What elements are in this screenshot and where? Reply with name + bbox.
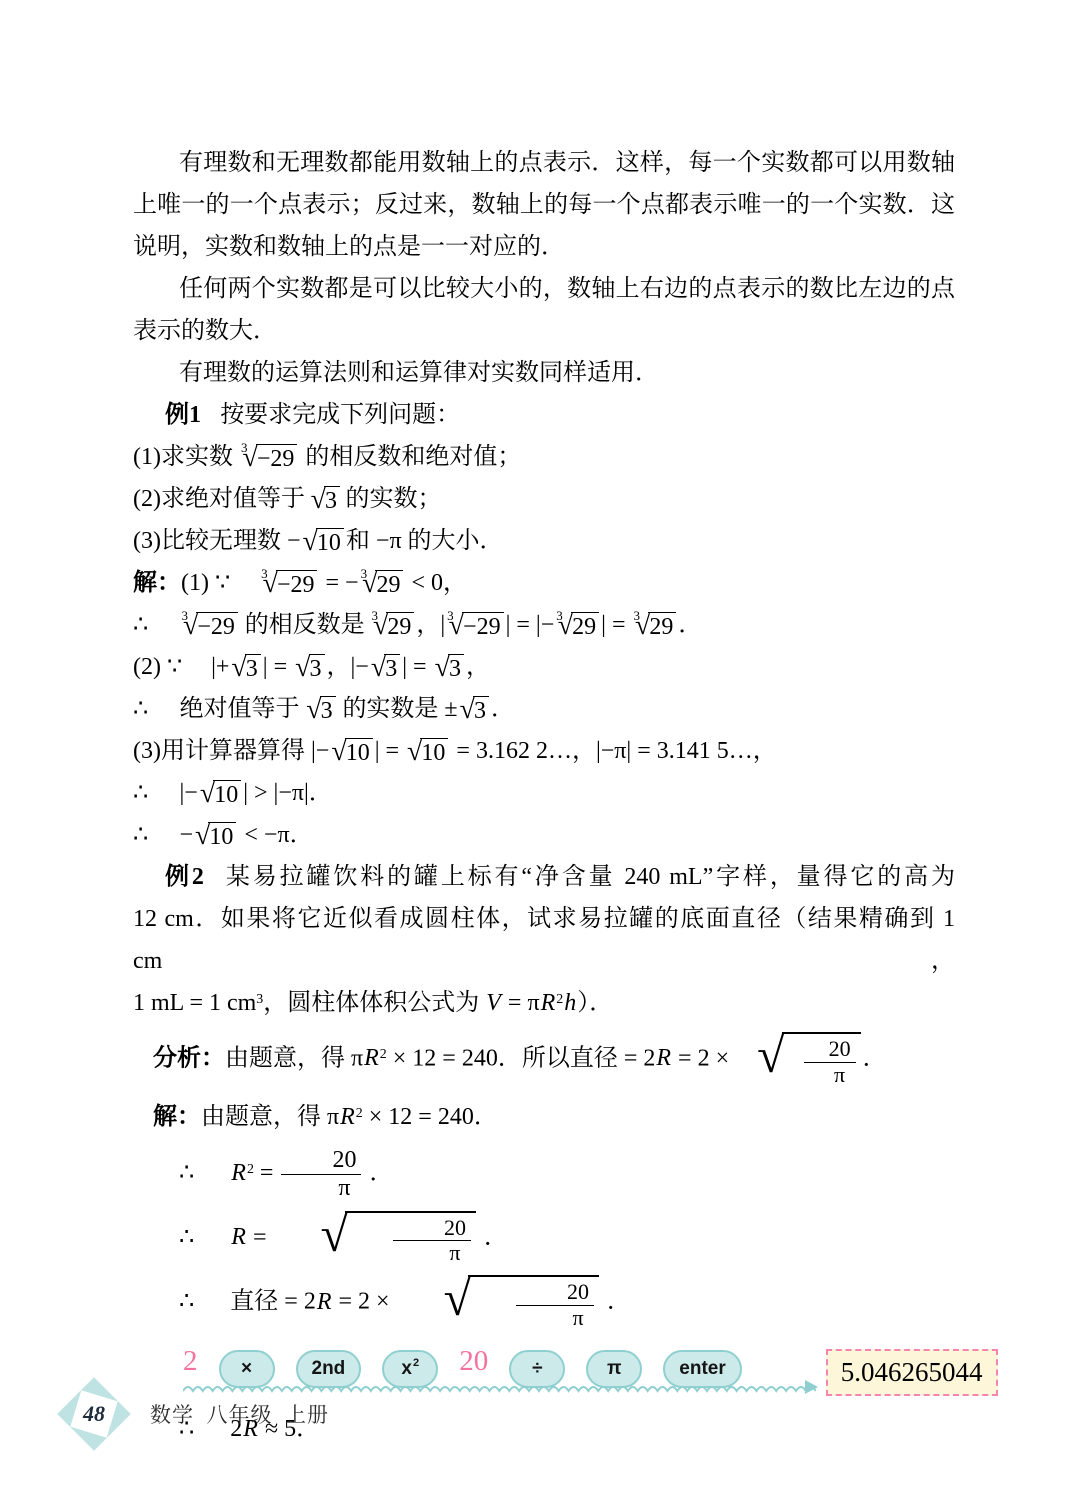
math-variable: V [485, 990, 502, 1016]
text-segment: 上唯一的一个点表示；反过来，数轴上的每一个点都表示唯一的一个实数．这 [133, 192, 955, 218]
text-segment: = 2 × [333, 1289, 396, 1315]
superscript: 2 [247, 1162, 254, 1177]
key-superscript: 2 [413, 1357, 419, 1369]
page-footer: 48 数学 八年级 上册 [68, 1388, 329, 1440]
text-line: ∴|−√10| > |−π|． [133, 772, 955, 814]
text-line: 上唯一的一个点表示；反过来，数轴上的每一个点都表示唯一的一个实数．这 [133, 184, 955, 226]
text-line: (3)比较无理数 −√10和 −π 的大小． [133, 520, 955, 562]
math-variable: R [230, 1224, 247, 1250]
text-segment: (3)用计算器算得 |− [133, 738, 329, 764]
text-line: ∴直径 = 2R = 2 × √20π ． [133, 1275, 955, 1331]
text-line: (1)求实数3√−29的相反数和绝对值； [133, 436, 955, 478]
superscript: 2 [556, 992, 563, 1007]
text-segment: = 3.162 2…，|−π| = 3.141 5…， [450, 738, 776, 764]
radicand: −29 [462, 612, 504, 640]
superscript: 3 [256, 992, 263, 1007]
text-line: 任何两个实数都是可以比较大小的，数轴上右边的点表示的数比左边的点 [133, 268, 955, 310]
root-index: 3 [634, 609, 641, 622]
text-segment: ）． [577, 990, 613, 1016]
text-line: 表示的数大． [133, 310, 955, 352]
arrow-icon [805, 1380, 818, 1394]
text-segment: 有理数和无理数都能用数轴上的点表示．这样，每一个实数都可以用数轴 [179, 150, 955, 176]
text-line: (2) ∵|+√3| = √3，|−√3| = √3， [133, 646, 955, 688]
root-index: 3 [181, 609, 188, 622]
fraction-numerator: 20 [516, 1280, 594, 1305]
text-line: 1 mL = 1 cm3，圆柱体体积公式为 V = πR2h）． [133, 982, 955, 1024]
text-segment: ∴ [179, 1160, 194, 1186]
radicand: 29 [648, 612, 676, 640]
calculator-key: π [586, 1350, 642, 1388]
text-segment: ． [491, 696, 515, 722]
radicand: 29 [571, 612, 599, 640]
text-segment: ，圆柱体体积公式为 [263, 990, 485, 1016]
radicand: −29 [276, 570, 318, 598]
text-segment: = 2 × [672, 1045, 735, 1071]
text-segment: (1) ∵ [181, 570, 230, 596]
textbook-page: 有理数和无理数都能用数轴上的点表示．这样，每一个实数都可以用数轴上唯一的一个点表… [0, 0, 1082, 1508]
text-segment: ∴ [179, 1289, 194, 1315]
text-segment: 绝对值等于 [179, 696, 299, 722]
square-root: √3 [306, 696, 335, 724]
text-segment: 的实数； [346, 486, 442, 512]
text-segment: = π [502, 990, 540, 1016]
text-segment: = − [319, 570, 358, 596]
square-root: √3 [460, 696, 489, 724]
text-line: ∴R2 = 20π ． [133, 1147, 955, 1202]
text-segment: ． [678, 612, 702, 638]
text-segment: 12 cm．如果将它近似看成圆柱体，试求易拉罐的底面直径（结果精确到 1 cm， [133, 906, 955, 974]
text-segment: = [254, 1160, 280, 1186]
radicand: 20π [345, 1211, 476, 1267]
text-line: 说明，实数和数轴上的点是一一对应的． [133, 226, 955, 268]
square-root: √10 [303, 528, 344, 556]
text-segment: 某易拉罐饮料的罐上标有“净含量 240 mL”字样，量得它的高为 [223, 864, 955, 890]
square-root: √10 [195, 822, 236, 850]
calculator-key: enter [663, 1350, 741, 1388]
bold-segment: 解： [133, 570, 181, 596]
radical-sign: √ [737, 1032, 784, 1078]
page-number-inner-square: 48 [70, 1390, 117, 1437]
page-number: 48 [83, 1401, 105, 1427]
text-line: 例2某易拉罐饮料的罐上标有“净含量 240 mL”字样，量得它的高为 [133, 856, 955, 898]
calculator-key: 2nd [296, 1350, 362, 1388]
text-segment: < 0， [405, 570, 467, 596]
text-line: 例1按要求完成下列问题： [133, 394, 955, 436]
fraction: 20π [516, 1280, 594, 1330]
text-segment: (2)求绝对值等于 [133, 486, 305, 512]
calculator-key: ÷ [509, 1350, 565, 1388]
text-segment: ． [601, 1289, 631, 1315]
fraction-denominator: π [393, 1240, 471, 1266]
radicand: 20π [468, 1275, 599, 1331]
square-root: √3 [231, 654, 260, 682]
text-segment: (3)比较无理数 − [133, 528, 301, 554]
text-segment: ∴ [179, 1224, 194, 1250]
fraction-numerator: 20 [281, 1147, 361, 1174]
root-index: 3 [241, 441, 248, 454]
text-segment: 直径 = 2 [230, 1289, 316, 1315]
book-title: 数学 八年级 上册 [150, 1399, 329, 1429]
radicand: 3 [245, 654, 261, 682]
text-segment: ． [478, 1224, 508, 1250]
text-line: 分析：由题意，得 πR2 × 12 = 240．所以直径 = 2R = 2 × … [133, 1024, 955, 1096]
cube-root: 3√−29 [181, 612, 237, 640]
text-segment: | = |− [506, 612, 555, 638]
radicand: 10 [316, 528, 344, 556]
text-segment: | = [402, 654, 432, 680]
square-root: √20π [398, 1275, 599, 1331]
root-index: 3 [556, 609, 563, 622]
fraction: 20π [804, 1037, 856, 1087]
cube-root: 3√−29 [447, 612, 503, 640]
math-variable: h [563, 990, 577, 1016]
text-segment: ． [863, 1045, 887, 1071]
radicand: 3 [309, 654, 325, 682]
square-root: √3 [435, 654, 464, 682]
root-index: 3 [361, 567, 368, 580]
text-segment: 由题意，得 π [225, 1045, 363, 1071]
cube-root: 3√−29 [261, 570, 317, 598]
fraction-denominator: π [804, 1062, 856, 1088]
text-segment: |− [179, 780, 197, 806]
fraction: 20π [393, 1216, 471, 1266]
radical-sign: √ [275, 1211, 348, 1257]
fraction: 20π [281, 1147, 361, 1202]
text-segment: (1)求实数 [133, 444, 233, 470]
text-segment: | > |−π|． [243, 780, 333, 806]
text-segment: = [247, 1224, 273, 1250]
input-number: 20 [459, 1347, 488, 1376]
text-line: 有理数和无理数都能用数轴上的点表示．这样，每一个实数都可以用数轴 [133, 142, 955, 184]
radical-sign: √ [398, 1275, 471, 1321]
cube-root: 3√−29 [241, 444, 297, 472]
root-index: 3 [371, 609, 378, 622]
bold-segment: 分析： [153, 1045, 225, 1071]
text-segment: (2) ∵ [133, 654, 182, 680]
square-root: √3 [311, 486, 340, 514]
radicand: 10 [208, 822, 236, 850]
radicand: 3 [448, 654, 464, 682]
text-segment: × 12 = 240． [363, 1104, 498, 1130]
fraction-numerator: 20 [804, 1037, 856, 1062]
text-segment: 和 −π 的大小． [346, 528, 504, 554]
bold-segment: 例1 [165, 402, 201, 428]
text-segment: 任何两个实数都是可以比较大小的，数轴上右边的点表示的数比左边的点 [179, 276, 955, 302]
text-segment: ． [363, 1160, 393, 1186]
text-segment: | = [263, 654, 293, 680]
square-root: √10 [407, 738, 448, 766]
radicand: −29 [196, 612, 238, 640]
superscript: 2 [380, 1047, 387, 1062]
text-segment: 的相反数是 [245, 612, 365, 638]
radicand: 10 [213, 780, 241, 808]
superscript: 2 [356, 1106, 363, 1121]
bold-segment: 解： [153, 1104, 201, 1130]
text-segment: ，| [416, 612, 445, 638]
fraction-numerator: 20 [393, 1216, 471, 1241]
text-line: ∴3√−29的相反数是3√29，|3√−29| = |−3√29| = 3√29… [133, 604, 955, 646]
bold-segment: 例2 [165, 864, 204, 890]
radicand: 10 [420, 738, 448, 766]
text-line: 12 cm．如果将它近似看成圆柱体，试求易拉罐的底面直径（结果精确到 1 cm， [133, 898, 955, 982]
text-segment: ∴ [133, 822, 148, 848]
cube-root: 3√29 [634, 612, 677, 640]
text-segment: 由题意，得 π [201, 1104, 339, 1130]
fraction-denominator: π [516, 1305, 594, 1331]
radicand: 29 [386, 612, 414, 640]
radicand: 29 [375, 570, 403, 598]
math-variable: R [655, 1045, 672, 1071]
text-segment: ， [466, 654, 490, 680]
text-segment: − [179, 822, 193, 848]
cube-root: 3√29 [556, 612, 599, 640]
page-content: 有理数和无理数都能用数轴上的点表示．这样，每一个实数都可以用数轴上唯一的一个点表… [0, 0, 1082, 1450]
text-line: 有理数的运算法则和运算律对实数同样适用． [133, 352, 955, 394]
radicand: 3 [320, 696, 336, 724]
calculator-key: x2 [382, 1350, 438, 1388]
text-segment: × 12 = 240．所以直径 = 2 [387, 1045, 656, 1071]
text-line: ∴R = √20π ． [133, 1211, 955, 1267]
text-segment: 说明，实数和数轴上的点是一一对应的． [133, 234, 565, 260]
radicand: 10 [345, 738, 373, 766]
square-root: √10 [331, 738, 372, 766]
text-segment: |+ [211, 654, 229, 680]
calculator-result-display: 5.046265044 [826, 1349, 998, 1396]
input-number: 2 [183, 1347, 198, 1376]
text-segment: | = [601, 612, 631, 638]
cube-root: 3√29 [361, 570, 404, 598]
text-segment: ∴ [133, 612, 148, 638]
text-segment: 表示的数大． [133, 318, 277, 344]
math-variable: R [339, 1104, 356, 1130]
radicand: 3 [384, 654, 400, 682]
text-segment: 1 mL = 1 cm [133, 990, 256, 1016]
math-variable: R [316, 1289, 333, 1315]
text-segment: | = [375, 738, 405, 764]
text-line: (2)求绝对值等于√3的实数； [133, 478, 955, 520]
square-root: √3 [295, 654, 324, 682]
text-line: ∴绝对值等于√3的实数是 ±√3． [133, 688, 955, 730]
square-root: √3 [371, 654, 400, 682]
text-segment: 的实数是 ± [342, 696, 457, 722]
math-variable: R [540, 990, 557, 1016]
calculator-key: × [219, 1350, 275, 1388]
square-root: √10 [200, 780, 241, 808]
text-segment: ∴ [133, 780, 148, 806]
text-segment: ∴ [133, 696, 148, 722]
text-line: (3)用计算器算得 |−√10| = √10 = 3.162 2…，|−π| =… [133, 730, 955, 772]
text-segment: < −π． [238, 822, 313, 848]
root-index: 3 [261, 567, 268, 580]
root-index: 3 [447, 609, 454, 622]
math-variable: R [363, 1045, 380, 1071]
text-line: 解：由题意，得 πR2 × 12 = 240． [133, 1096, 955, 1138]
radicand: −29 [256, 444, 298, 472]
page-number-badge: 48 [57, 1377, 131, 1451]
square-root: √20π [737, 1032, 860, 1088]
radicand: 3 [473, 696, 489, 724]
fraction-denominator: π [281, 1174, 361, 1202]
text-segment: ，|− [327, 654, 369, 680]
radicand: 3 [324, 486, 340, 514]
text-line: ∴−√10 < −π． [133, 814, 955, 856]
text-segment: 有理数的运算法则和运算律对实数同样适用． [179, 360, 659, 386]
square-root: √20π [275, 1211, 476, 1267]
text-segment: 按要求完成下列问题： [220, 402, 460, 428]
text-line: 解：(1) ∵3√−29 = −3√29 < 0， [133, 562, 955, 604]
radicand: 20π [782, 1032, 861, 1088]
text-segment: 的相反数和绝对值； [305, 444, 521, 470]
cube-root: 3√29 [371, 612, 414, 640]
math-variable: R [230, 1160, 247, 1186]
